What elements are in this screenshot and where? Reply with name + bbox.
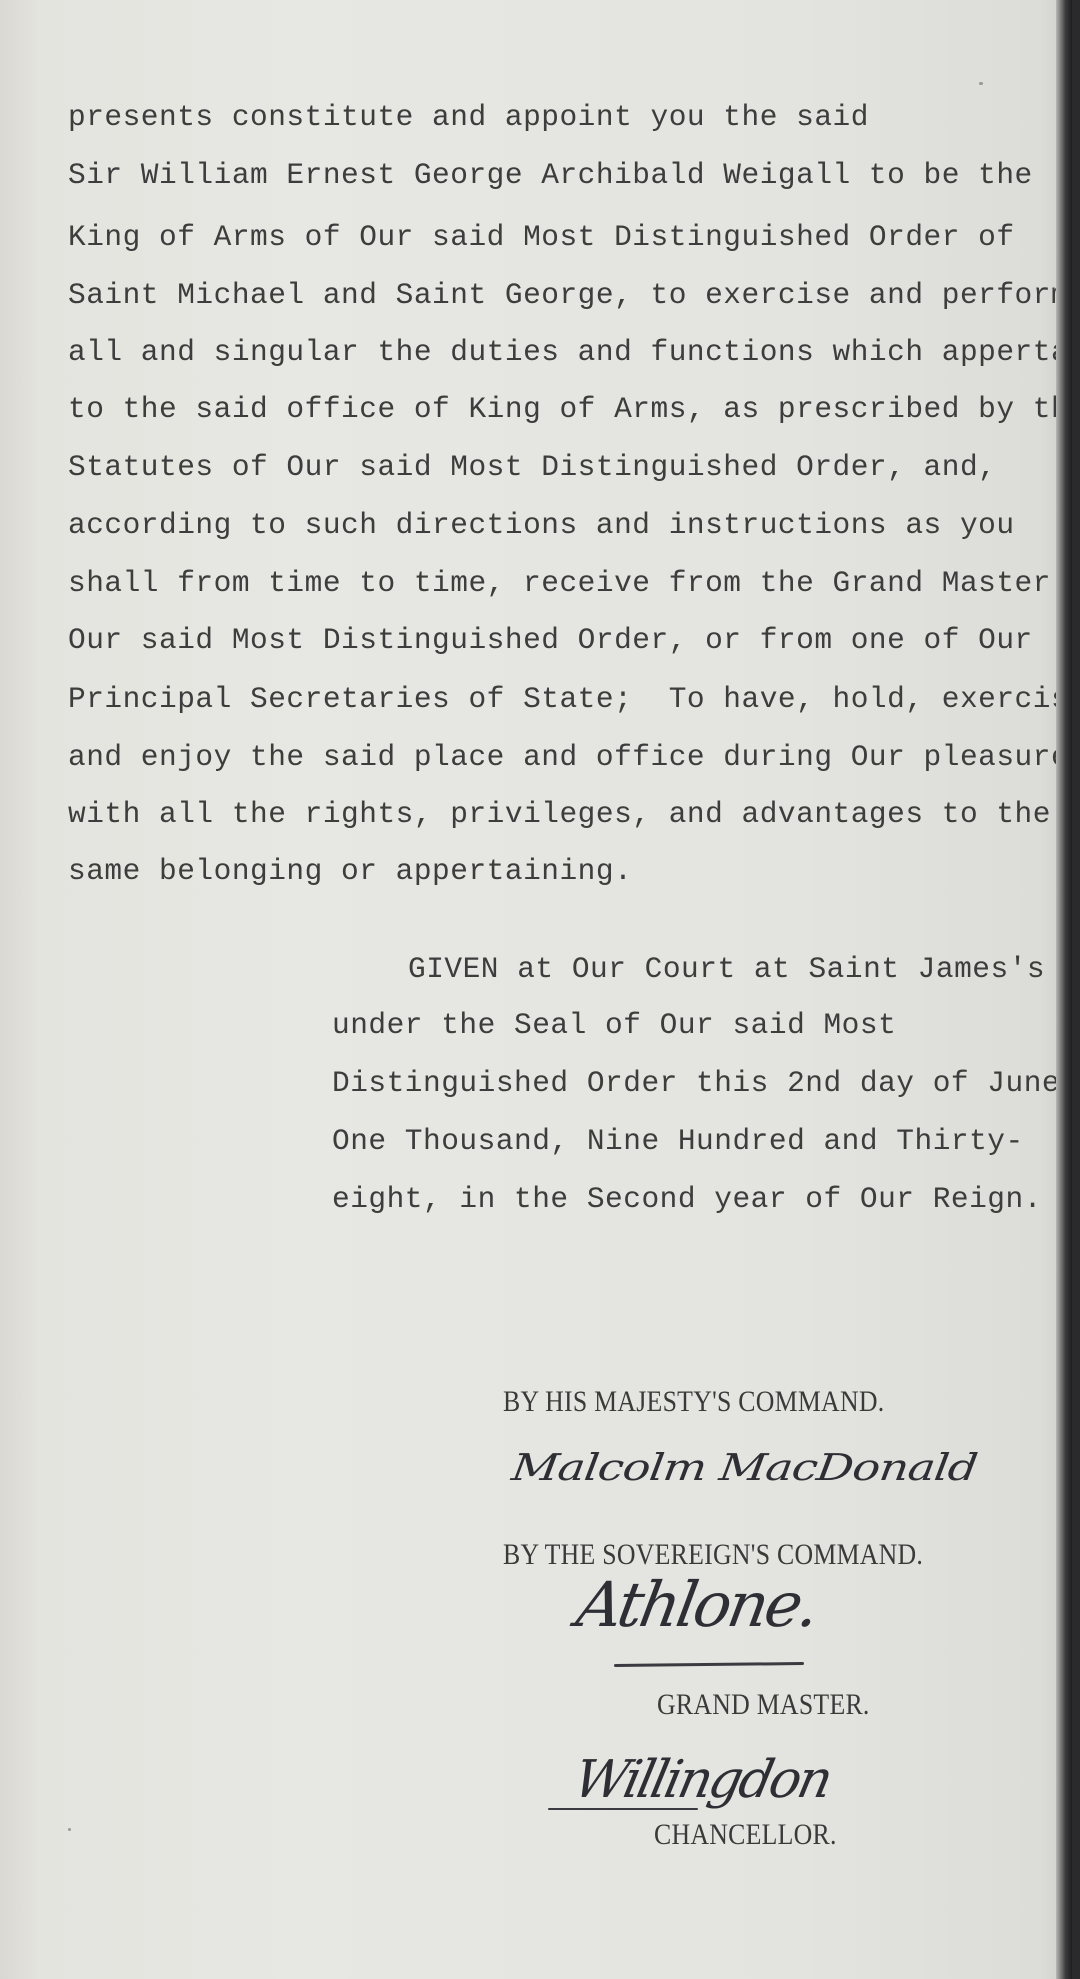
body-line-12: and enjoy the said place and office duri… <box>68 740 1072 774</box>
signature-chancellor: Willingdon <box>569 1750 836 1810</box>
given-line-3: Distinguished Order this 2nd day of June… <box>332 1066 1072 1100</box>
body-line-3: King of Arms of Our said Most Distinguis… <box>68 220 1015 254</box>
signature-rule-grand-master <box>614 1662 804 1667</box>
given-line-5: eight, in the Second year of Our Reign. <box>332 1182 1042 1216</box>
command-sovereign-heading: BY THE SOVEREIGN'S COMMAND. <box>503 1538 923 1572</box>
signature-grand-master: Athlone. <box>572 1568 823 1641</box>
chancellor-title: CHANCELLOR. <box>654 1818 837 1852</box>
paper-speck <box>979 82 983 85</box>
body-line-10: Our said Most Distinguished Order, or fr… <box>68 623 1033 657</box>
body-line-13: with all the rights, privileges, and adv… <box>68 797 1051 831</box>
given-line-1: GIVEN at Our Court at Saint James's <box>408 952 1045 986</box>
paper-speck <box>68 1828 71 1831</box>
grand-master-title: GRAND MASTER. <box>657 1688 870 1722</box>
body-line-9: shall from time to time, receive from th… <box>68 566 1072 600</box>
document-page: presents constitute and appoint you the … <box>0 0 1072 1979</box>
body-line-5: all and singular the duties and function… <box>68 335 1072 369</box>
body-line-7: Statutes of Our said Most Distinguished … <box>68 450 996 484</box>
given-line-2: under the Seal of Our said Most <box>332 1008 896 1042</box>
body-line-2: Sir William Ernest George Archibald Weig… <box>68 158 1033 192</box>
signature-rule-chancellor <box>548 1808 698 1810</box>
body-line-6: to the said office of King of Arms, as p… <box>68 392 1072 426</box>
given-line-4: One Thousand, Nine Hundred and Thirty- <box>332 1124 1024 1158</box>
body-line-1: presents constitute and appoint you the … <box>68 100 869 134</box>
signature-secretary-of-state: Malcolm MacDonald <box>509 1445 979 1488</box>
body-line-14: same belonging or appertaining. <box>68 854 632 888</box>
body-line-8: according to such directions and instruc… <box>68 508 1015 542</box>
body-line-4: Saint Michael and Saint George, to exerc… <box>68 278 1069 312</box>
command-majesty-heading: BY HIS MAJESTY'S COMMAND. <box>503 1385 884 1419</box>
body-line-11: Principal Secretaries of State; To have,… <box>68 682 1072 716</box>
page-edge-shadow <box>1056 0 1072 1979</box>
